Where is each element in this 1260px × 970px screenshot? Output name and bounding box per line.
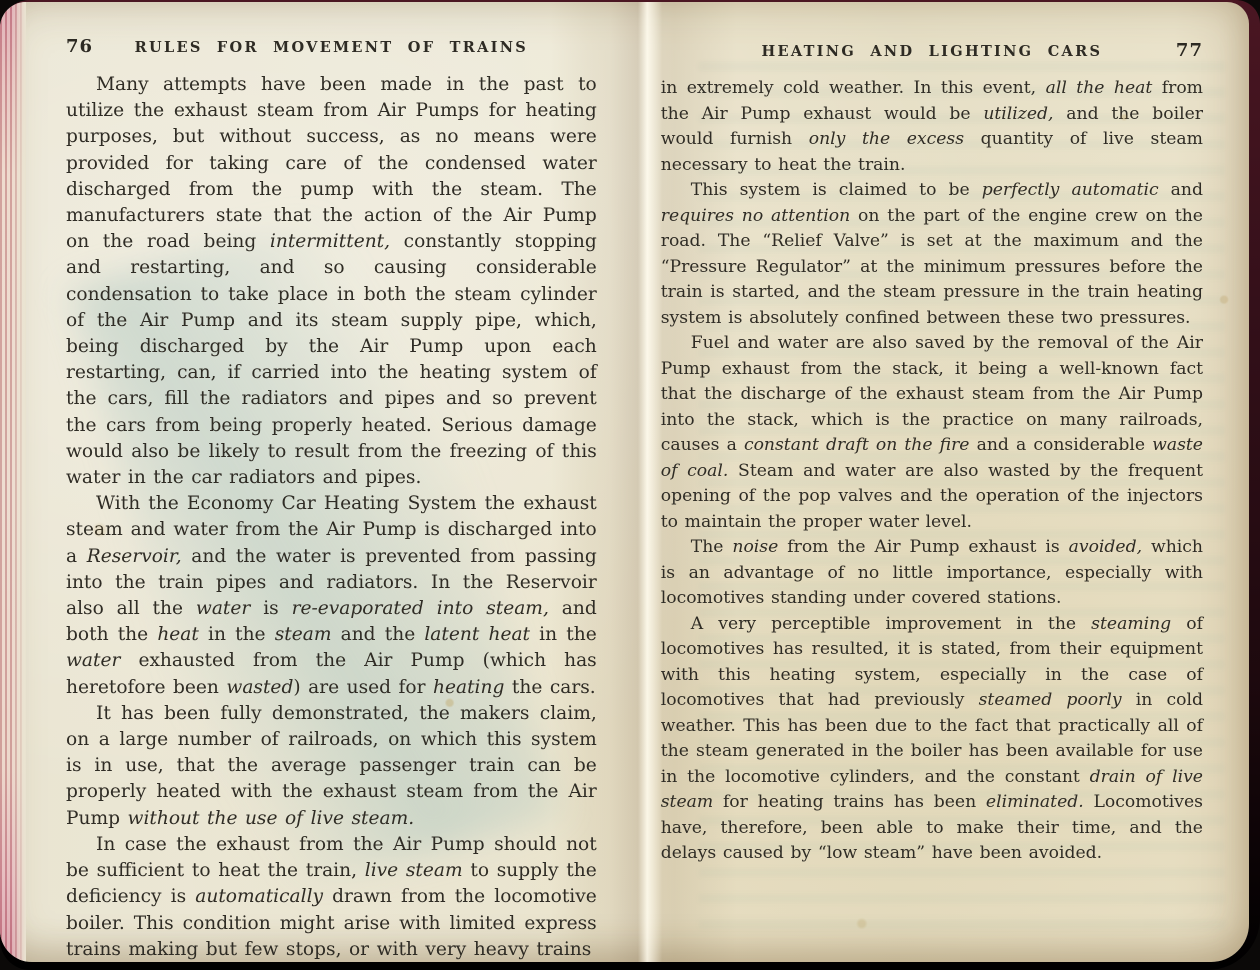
- book-scan: 76 RULES FOR MOVEMENT OF TRAINS Many att…: [0, 0, 1260, 970]
- running-title-right: HEATING AND LIGHTING CARS: [705, 43, 1159, 60]
- page-right-header: HEATING AND LIGHTING CARS 77: [661, 40, 1203, 61]
- page-number-left: 76: [66, 36, 110, 57]
- page-left: 76 RULES FOR MOVEMENT OF TRAINS Many att…: [0, 2, 631, 962]
- paragraph: This system is claimed to be perfectly a…: [661, 178, 1203, 331]
- paragraph: With the Economy Car Heating System the …: [66, 491, 597, 701]
- page-right-body: in extremely cold weather. In this event…: [661, 76, 1203, 867]
- running-title-left: RULES FOR MOVEMENT OF TRAINS: [110, 39, 553, 56]
- open-book-pages: 76 RULES FOR MOVEMENT OF TRAINS Many att…: [0, 2, 1249, 962]
- page-right: HEATING AND LIGHTING CARS 77 in extremel…: [631, 2, 1249, 962]
- paragraph: In case the exhaust from the Air Pump sh…: [66, 832, 597, 962]
- page-left-body: Many attempts have been made in the past…: [66, 72, 597, 962]
- paragraph: It has been fully demonstrated, the make…: [66, 701, 597, 832]
- paragraph: Fuel and water are also saved by the rem…: [661, 331, 1203, 535]
- paragraph: The noise from the Air Pump exhaust is a…: [661, 535, 1203, 612]
- paragraph: A very perceptible improvement in the st…: [661, 612, 1203, 867]
- page-left-header: 76 RULES FOR MOVEMENT OF TRAINS: [66, 36, 597, 57]
- paragraph: Many attempts have been made in the past…: [66, 72, 597, 491]
- page-number-right: 77: [1159, 40, 1203, 61]
- paragraph: in extremely cold weather. In this event…: [661, 76, 1203, 178]
